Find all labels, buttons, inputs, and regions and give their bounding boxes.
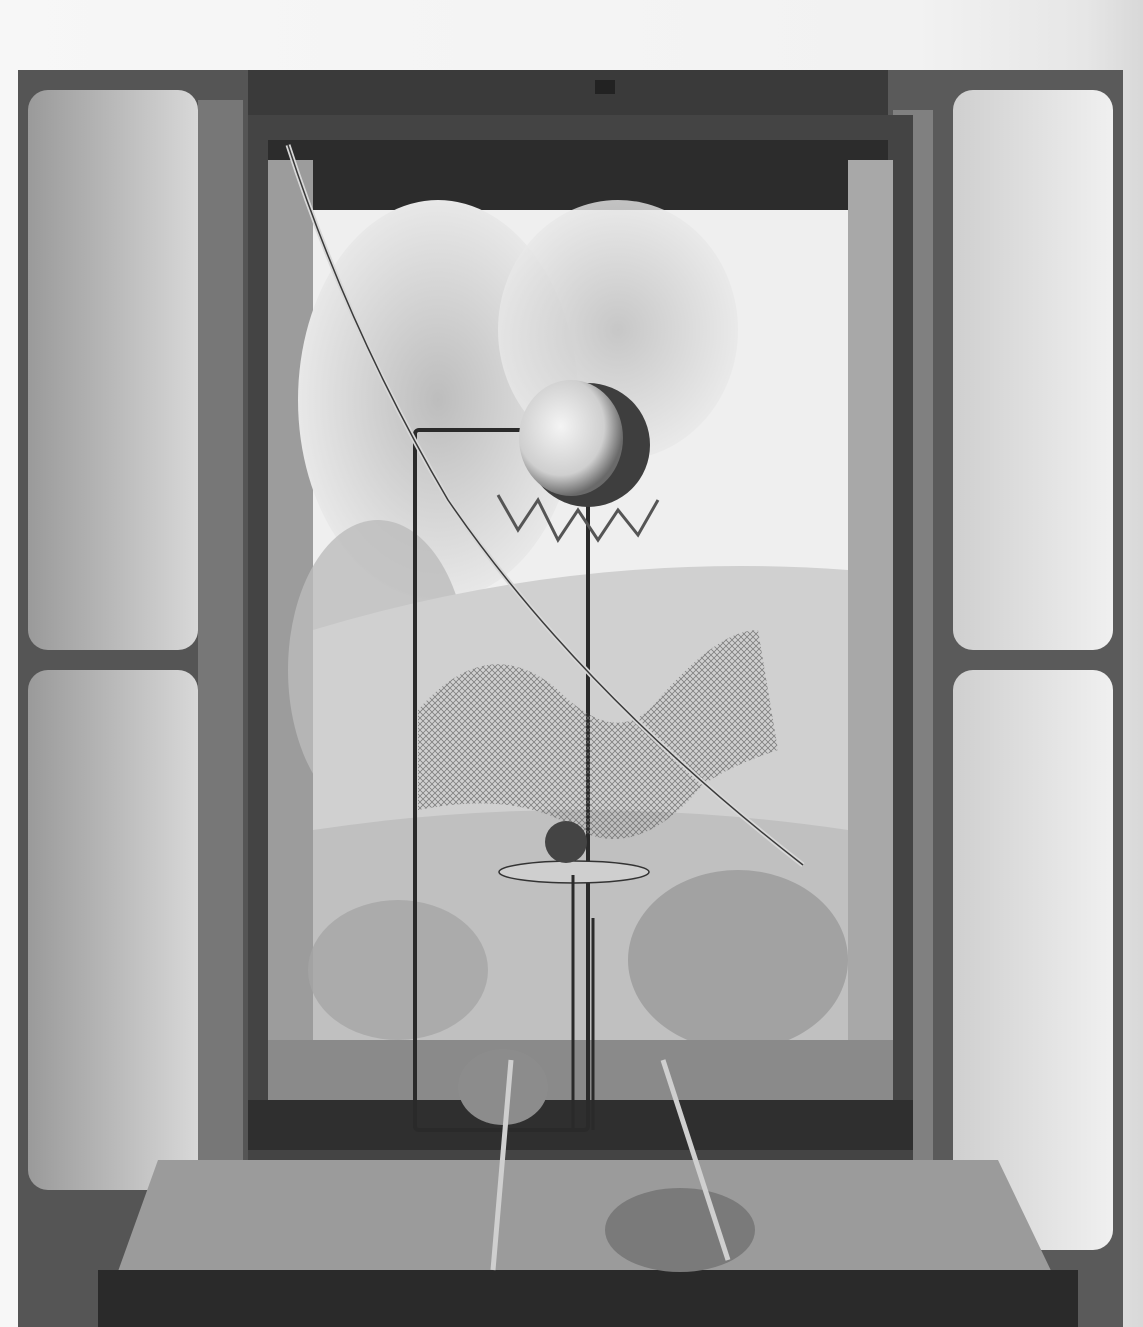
left-shutter bbox=[18, 70, 248, 1327]
landscape-view bbox=[288, 200, 848, 1050]
photo-scene bbox=[18, 70, 1123, 1327]
right-jamb bbox=[848, 160, 893, 1040]
window-latch bbox=[595, 80, 615, 94]
right-shutter bbox=[888, 70, 1123, 1327]
lintel bbox=[268, 140, 888, 210]
inner-sill bbox=[268, 1040, 893, 1100]
photograph bbox=[18, 70, 1123, 1327]
book-page: An open window with wooden shutters on b… bbox=[0, 0, 1143, 1327]
sill-edge bbox=[248, 1100, 913, 1150]
